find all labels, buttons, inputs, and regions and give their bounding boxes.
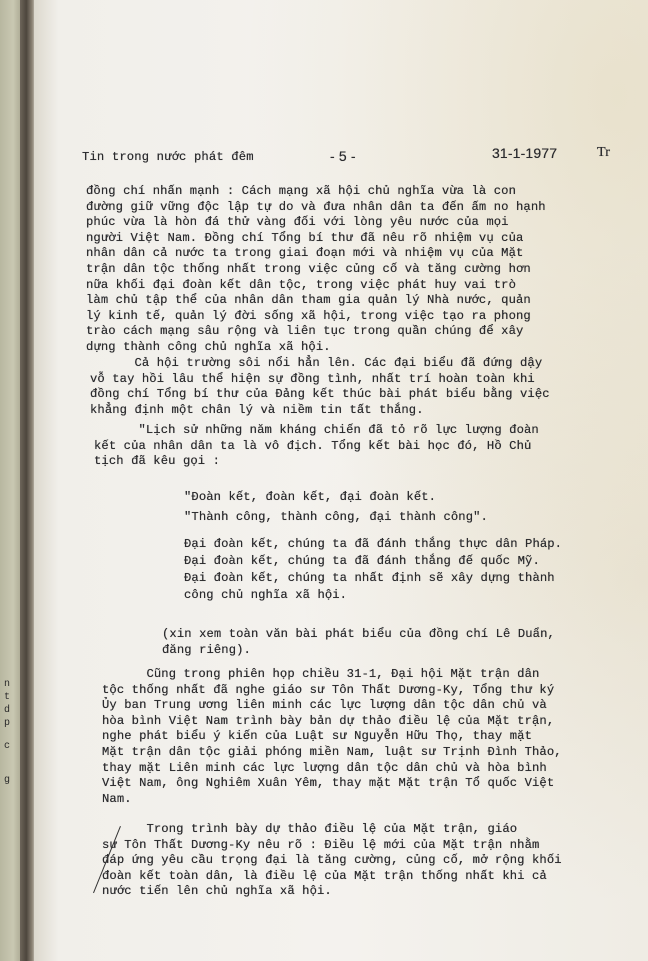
text-line: phúc vừa là hòn đá thử vàng đối với lòng… (86, 215, 546, 231)
text-line: "Đoàn kết, đoàn kết, đại đoàn kết. (184, 487, 488, 507)
text-line: "Thành công, thành công, đại thành công"… (184, 507, 488, 527)
text-line: đoàn kết toàn dân, là điều lệ của Mặt tr… (102, 869, 562, 885)
paragraph-3: "Lịch sử những năm kháng chiến đã tỏ rõ … (94, 423, 539, 470)
text-line: thay mặt Liên minh các lực lượng dân tộc… (102, 761, 562, 777)
text-line: nữa khối đại đoàn kết dân tộc, trong việ… (86, 278, 546, 294)
text-line: đăng riêng). (162, 643, 555, 659)
margin-letter: t (4, 693, 10, 703)
text-line: "Lịch sử những năm kháng chiến đã tỏ rõ … (94, 423, 539, 439)
text-line: làm chủ tập thể của nhân dân tham gia qu… (86, 293, 546, 309)
paragraph-4: Cũng trong phiên họp chiều 31-1, Đại hội… (102, 667, 562, 807)
text-line: Đại đoàn kết, chúng ta nhất định sẽ xây … (184, 570, 562, 587)
text-line: Mặt trận dân tộc giải phóng miền Nam, lu… (102, 745, 562, 761)
header-code: Tr (597, 146, 610, 160)
text-line: đáp ứng yêu cầu trọng đại là tăng cường,… (102, 853, 562, 869)
margin-letter: d (4, 706, 10, 716)
text-line: đồng chí nhấn mạnh : Cách mạng xã hội ch… (86, 184, 546, 200)
margin-letter: g (4, 776, 10, 786)
text-line: Đại đoàn kết, chúng ta đã đánh thắng thự… (184, 536, 562, 553)
text-line: Đại đoàn kết, chúng ta đã đánh thắng đế … (184, 553, 562, 570)
text-line: Ủy ban Trung ương liên minh các lực lượn… (102, 698, 562, 714)
margin-letter: c (4, 742, 10, 752)
text-line: sư Tôn Thất Dương-Ky nêu rõ : Điều lệ mớ… (102, 838, 562, 854)
text-line: tộc thống nhất đã nghe giáo sư Tôn Thất … (102, 683, 562, 699)
page-number: - 5 - (330, 149, 356, 163)
verse-block: Đại đoàn kết, chúng ta đã đánh thắng thự… (184, 536, 562, 604)
text-line: nghe phát biểu ý kiến của Luật sư Nguyễn… (102, 729, 562, 745)
text-line: hòa bình Việt Nam trình bày bản dự thảo … (102, 714, 562, 730)
text-line: trào cách mạng sâu rộng và liên tục tron… (86, 324, 546, 340)
text-line: đường giữ vững độc lập tự do và đưa nhân… (86, 200, 546, 216)
text-line: công chủ nghĩa xã hội. (184, 587, 562, 604)
text-line: Việt Nam, ông Nghiêm Xuân Yêm, thay mặt … (102, 776, 562, 792)
text-line: nước tiến lên chủ nghĩa xã hội. (102, 884, 562, 900)
text-line: vỗ tay hồi lâu thể hiện sự đồng tình, nh… (90, 372, 550, 388)
text-line: nhân dân cả nước ta trong giai đoạn mới … (86, 246, 546, 262)
paragraph-2: Cả hội trường sôi nổi hẳn lên. Các đại b… (90, 356, 550, 418)
adjacent-page-strip: n t d p c g (0, 0, 22, 961)
text-line: dựng thành công chủ nghĩa xã hội. (86, 340, 546, 356)
editor-note: (xin xem toàn văn bài phát biểu của đồng… (162, 627, 555, 658)
text-line: khẳng định một chân lý và niềm tin tất t… (90, 403, 550, 419)
text-line: trận dân tộc thống nhất trong việc củng … (86, 262, 546, 278)
paragraph-5: Trong trình bày dự thảo điều lệ của Mặt … (102, 822, 562, 900)
margin-letter: p (4, 719, 10, 729)
text-line: lý kinh tế, quản lý đời sống xã hội, tro… (86, 309, 546, 325)
text-line: tịch đã kêu gọi : (94, 454, 539, 470)
ho-chi-minh-quote: "Đoàn kết, đoàn kết, đại đoàn kết."Thành… (184, 487, 488, 527)
text-line: (xin xem toàn văn bài phát biểu của đồng… (162, 627, 555, 643)
paragraph-1: đồng chí nhấn mạnh : Cách mạng xã hội ch… (86, 184, 546, 356)
margin-letter: n (4, 680, 10, 690)
header-date: 31-1-1977 (492, 146, 557, 160)
text-line: kết của nhân dân ta là vô địch. Tổng kết… (94, 439, 539, 455)
text-line: Nam. (102, 792, 562, 808)
text-line: đồng chí Tổng bí thư của Đảng kết thúc b… (90, 387, 550, 403)
text-line: Trong trình bày dự thảo điều lệ của Mặt … (102, 822, 562, 838)
text-line: người Việt Nam. Đồng chí Tổng bí thư đã … (86, 231, 546, 247)
header-title: Tin trong nước phát đêm (82, 151, 254, 163)
text-line: Cũng trong phiên họp chiều 31-1, Đại hội… (102, 667, 562, 683)
text-line: Cả hội trường sôi nổi hẳn lên. Các đại b… (90, 356, 550, 372)
